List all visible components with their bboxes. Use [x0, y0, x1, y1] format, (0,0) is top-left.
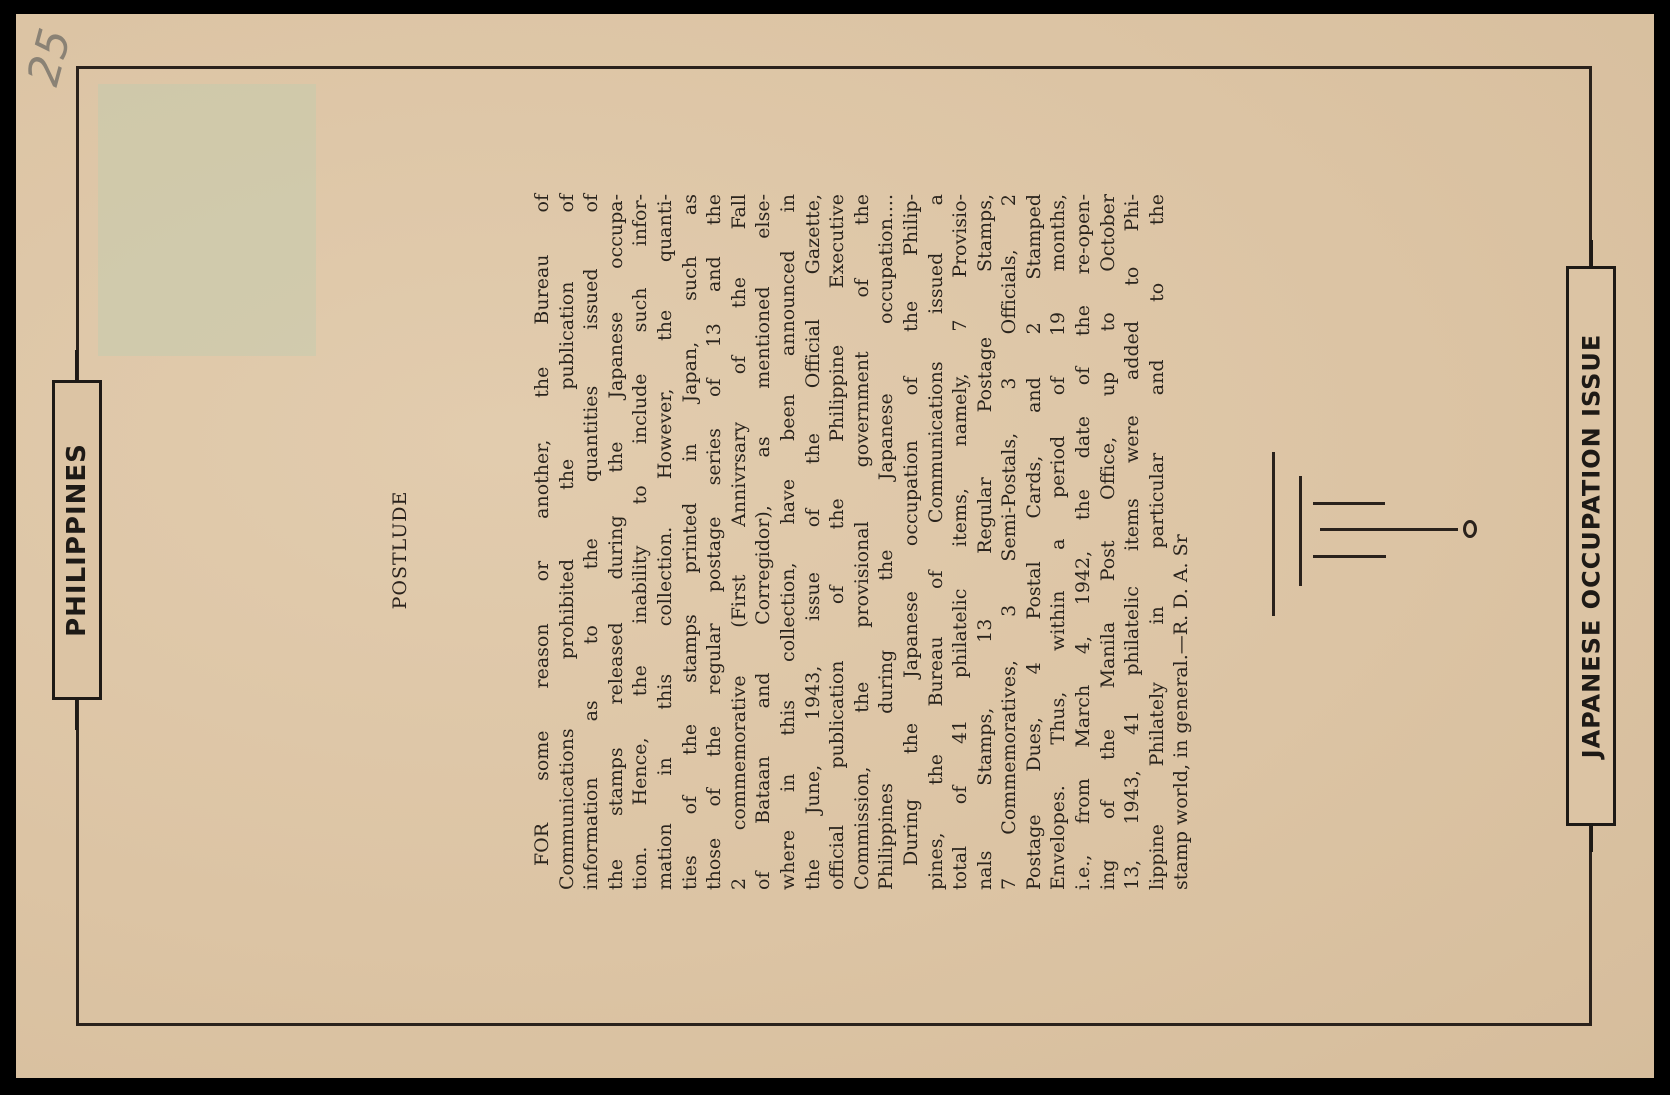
- article-line: Postage Dues, 4 Postal Cards, and 2 Stam…: [1022, 194, 1047, 890]
- article-line: official publication of the Philippine E…: [825, 194, 850, 890]
- article-line: 7 Commemoratives, 3 Semi-Postals, 3 Offi…: [997, 194, 1022, 890]
- article-line: total of 41 philatelic items, namely, 7 …: [948, 194, 973, 890]
- article-line: the June, 1943, issue of the Official Ga…: [801, 194, 826, 890]
- article-line: During the Japanese occupation of the Ph…: [899, 194, 924, 890]
- tab-right-stub-bottom: [1590, 824, 1593, 852]
- article-line: Commission, the provisional government o…: [850, 194, 875, 890]
- tab-left-stub-top: [75, 350, 78, 382]
- ornament-rule-short: [1299, 476, 1302, 586]
- article-line: ties of the stamps printed in Japan, suc…: [678, 194, 703, 890]
- article-line: pines, the Bureau of Communications issu…: [924, 194, 949, 890]
- tab-right-stub-top: [1590, 240, 1593, 268]
- country-label: PHILIPPINES: [62, 443, 92, 637]
- article-line: Envelopes. Thus, within a period of 19 m…: [1046, 194, 1071, 890]
- article-line: those of the regular postage series of 1…: [702, 194, 727, 890]
- article-line: 13, 1943, 41 philatelic items were added…: [1120, 194, 1145, 890]
- tab-left-stub-bottom: [75, 698, 78, 730]
- issue-label: JAPANESE OCCUPATION ISSUE: [1577, 334, 1605, 759]
- article-line: stamp world, in general.—R. D. A. Sr: [1169, 194, 1194, 890]
- article-line: Communications prohibited the publicatio…: [555, 194, 580, 890]
- ornament-bar-bottom: [1313, 555, 1386, 558]
- article-line: FOR some reason or another, the Bureau o…: [530, 194, 555, 890]
- article-line: information as to the quantities issued …: [579, 194, 604, 890]
- section-heading-text: POSTLUDE: [389, 491, 411, 610]
- article-body: FOR some reason or another, the Bureau o…: [530, 190, 1216, 890]
- ornament-ring-icon: [1463, 520, 1477, 538]
- article-line: lippine Philately in particular and to t…: [1145, 194, 1170, 890]
- article-line: where in this collection, have been anno…: [776, 194, 801, 890]
- article-line: of Bataan and Corregidor), as mentioned …: [751, 194, 776, 890]
- ornament-bar-top: [1313, 502, 1385, 505]
- article-line: mation in this collection. However, the …: [653, 194, 678, 890]
- article-line: i.e., from March 4, 1942, the date of th…: [1071, 194, 1096, 890]
- article-line: tion. Hence, the inability to include su…: [628, 194, 653, 890]
- article-line: ing of the Manila Post Office, up to Oct…: [1096, 194, 1121, 890]
- country-label-tab: PHILIPPINES: [52, 380, 102, 700]
- article-line: Philippines during the Japanese occupati…: [874, 194, 899, 890]
- ornament-rule-long: [1272, 452, 1275, 616]
- article-line: nals Stamps, 13 Regular Postage Stamps,: [973, 194, 998, 890]
- ornament-bar-middle: [1320, 528, 1458, 531]
- article-line: the stamps released during the Japanese …: [604, 194, 629, 890]
- article-line: 2 commemorative (First Annivrsary of the…: [727, 194, 752, 890]
- issue-label-tab: JAPANESE OCCUPATION ISSUE: [1566, 266, 1616, 826]
